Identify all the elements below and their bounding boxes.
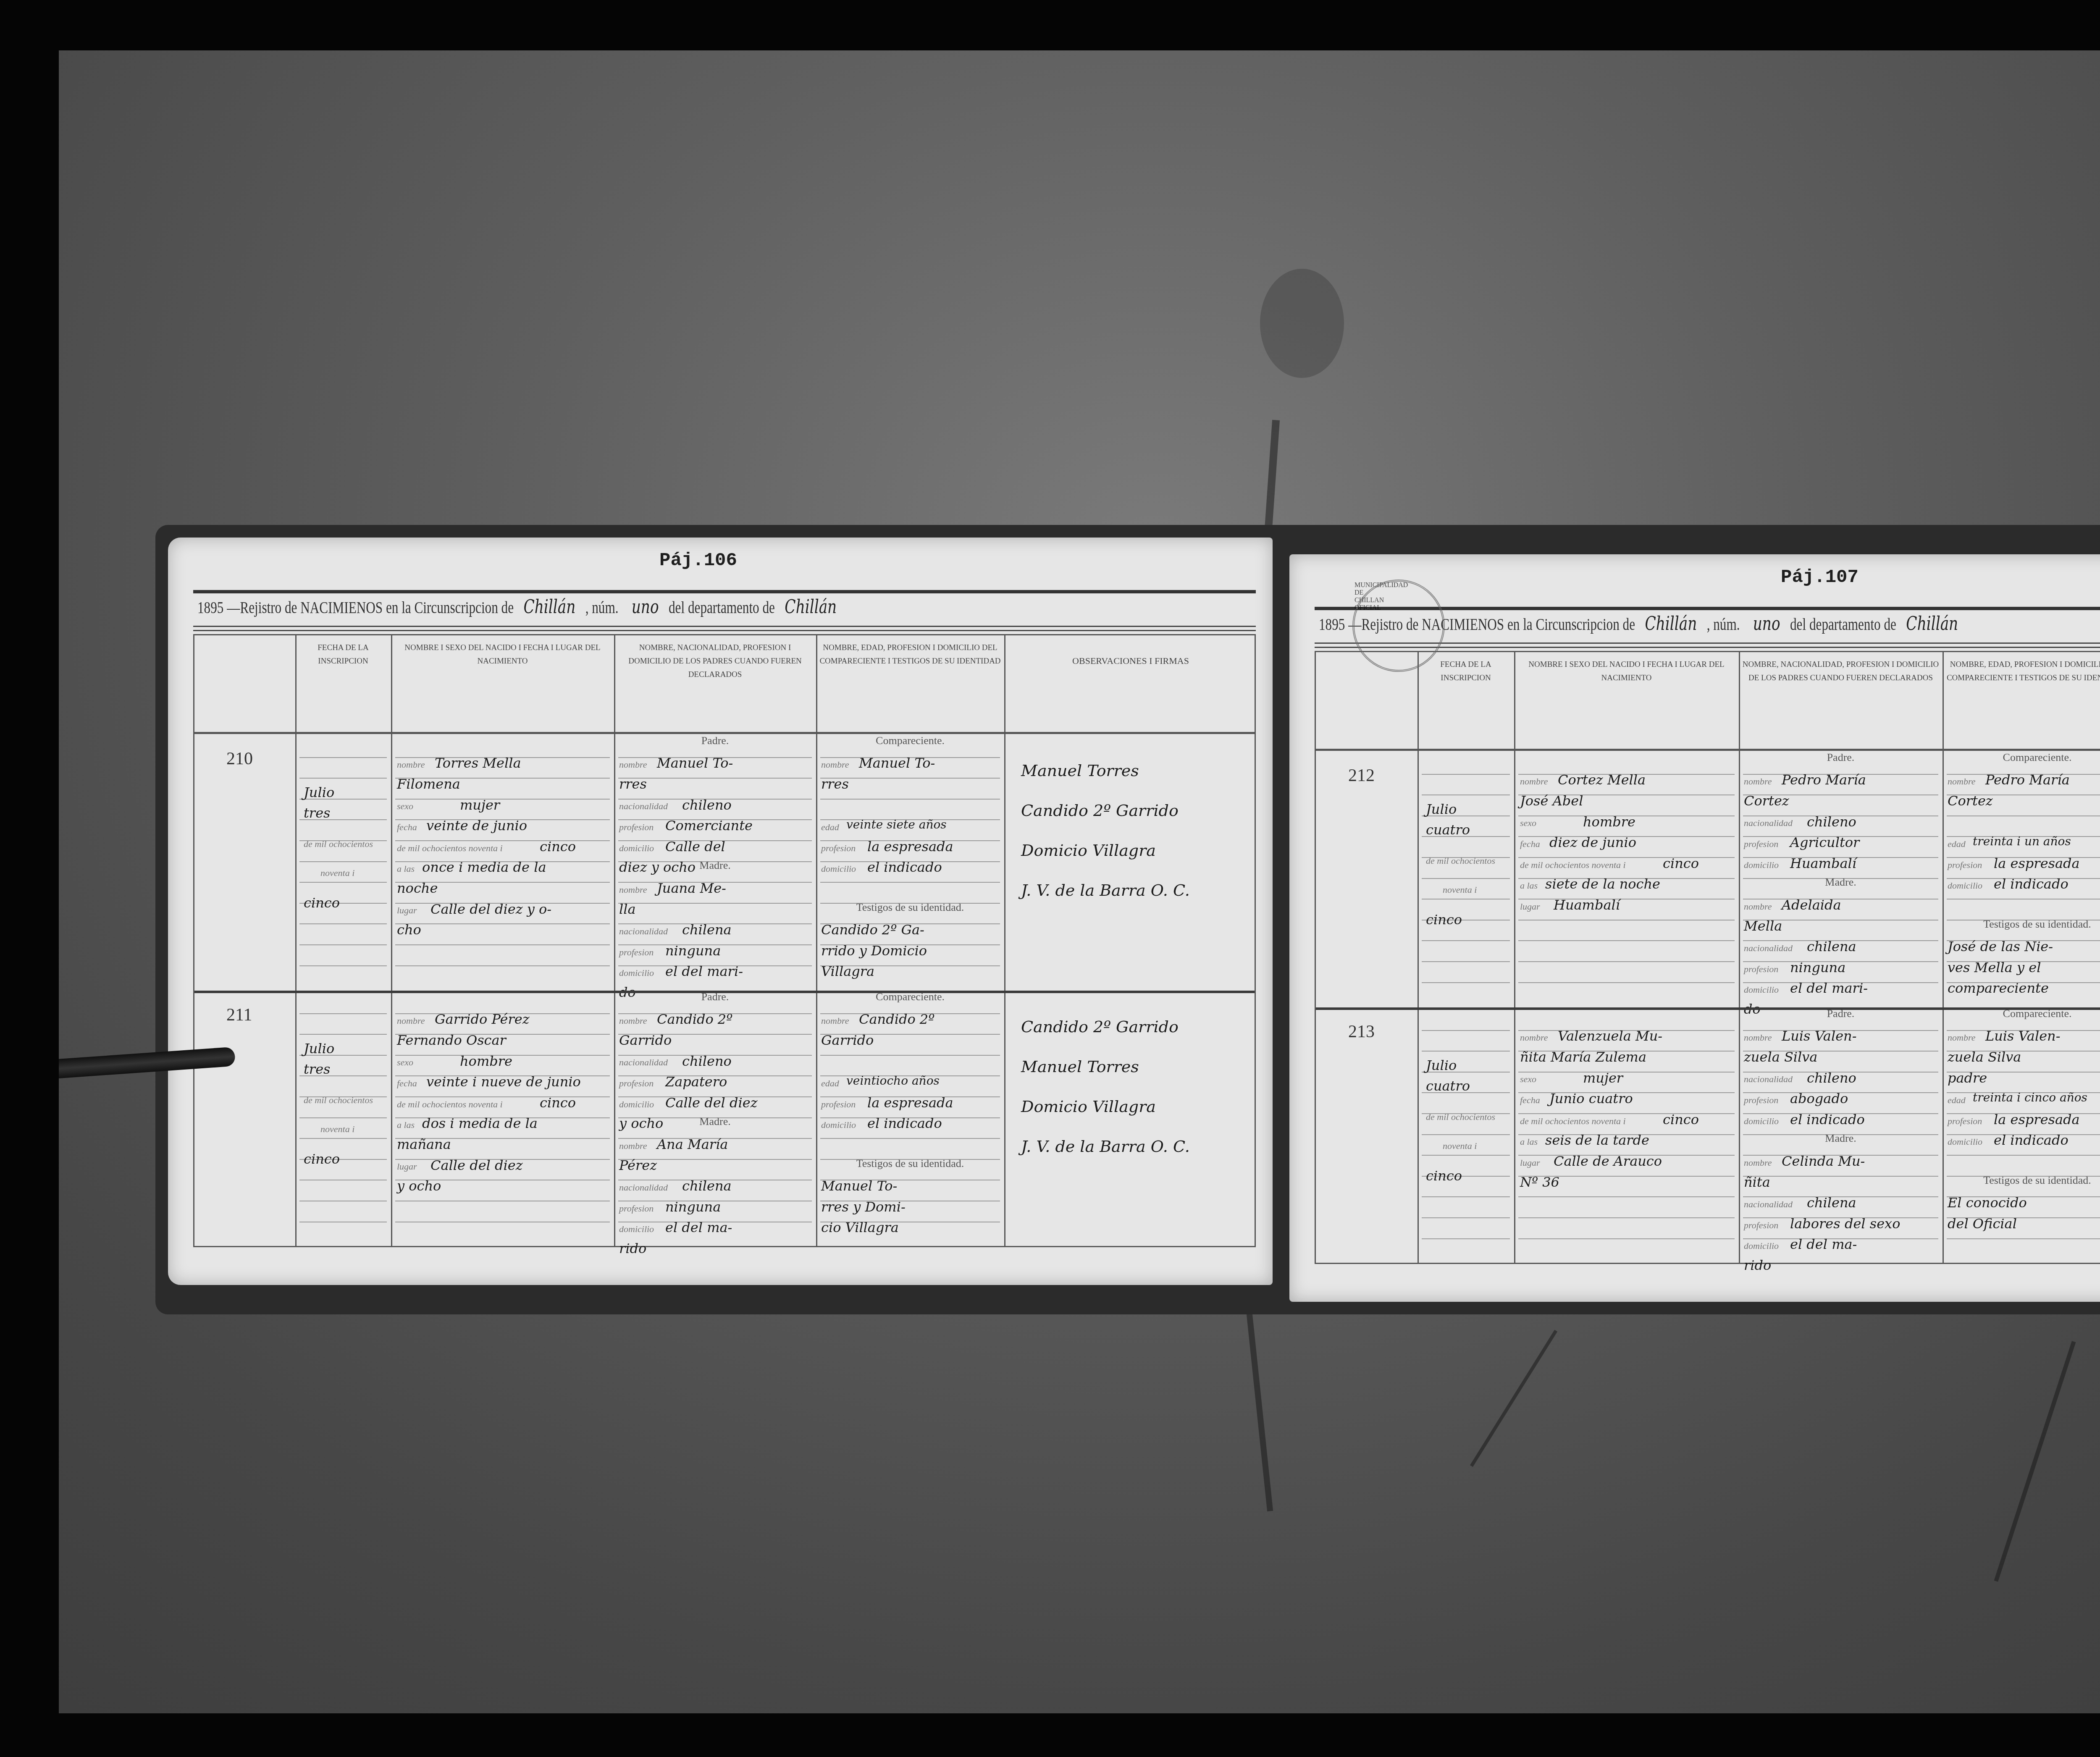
ruled-line: [1422, 899, 1510, 899]
label-domicilio: domicilio: [1948, 1136, 1982, 1147]
label-nombre: nombre: [397, 1015, 425, 1026]
column-header: Fecha de la inscripcion: [1421, 652, 1511, 749]
label-year-line: de mil ochocientos noventa i: [1520, 1116, 1626, 1127]
compareciente-profession: la espresada: [867, 1095, 953, 1111]
inscripcion-day: cuatro: [1426, 822, 1470, 838]
label-nombre: nombre: [1520, 776, 1548, 787]
ruled-line: [395, 840, 610, 841]
label-nacionalidad: nacionalidad: [619, 1057, 668, 1068]
scratch: [1470, 1330, 1557, 1467]
label-domicilio: domicilio: [1744, 1240, 1779, 1251]
ledger-page-left: Páj.106 1895 —Rejistro de NACIMIENOS en …: [168, 538, 1273, 1285]
label-de-mil: de mil ochocientos: [304, 1095, 373, 1106]
ruled-line: [618, 903, 812, 904]
child-name: Cortez Mella: [1558, 772, 1646, 788]
num-value: uno: [1743, 613, 1790, 635]
label-profesion: profesion: [821, 1099, 856, 1110]
compareciente-profession: la espresada: [1994, 855, 2080, 871]
register-table: Fecha de la inscripcionNombre i sexo del…: [193, 634, 1256, 1247]
label-nacionalidad: nacionalidad: [619, 801, 668, 812]
ruled-line: [395, 965, 610, 966]
label-nombre: nombre: [1948, 776, 1975, 787]
ruled-line: [299, 1222, 387, 1222]
father-heading: Padre.: [619, 734, 811, 747]
father-nationality: chileno: [1807, 1070, 1856, 1086]
mother-nationality: chilena: [1807, 1195, 1856, 1211]
label-domicilio: domicilio: [821, 1120, 856, 1130]
mother-nationality: chilena: [682, 1178, 732, 1194]
mother-name: ñita: [1744, 1174, 1770, 1190]
table-row: 210Juliotresde mil ochocientosnoventa ic…: [194, 736, 1255, 992]
label-profesion: profesion: [1948, 860, 1982, 871]
label-lugar: lugar: [397, 905, 417, 916]
birth-year: cinco: [540, 839, 576, 855]
birth-time: seis de la tarde: [1545, 1132, 1649, 1148]
testigos-heading: Testigos de su identidad.: [821, 1157, 999, 1170]
witness-line: del Oficial: [1948, 1216, 2017, 1232]
signature: J. V. de la Barra O. C.: [1021, 1137, 1190, 1156]
label-fecha: fecha: [1520, 839, 1540, 850]
compareciente-age: treinta i cinco años: [1973, 1091, 2087, 1104]
witness-line: Manuel To-: [821, 1178, 897, 1194]
witness-line: rrido y Domicio: [821, 943, 927, 959]
ruled-line: [618, 778, 812, 779]
column-header: Nombre, nacionalidad, profesion i domici…: [617, 635, 813, 732]
compareciente-heading: Compareciente.: [821, 991, 999, 1003]
ruled-line: [1947, 1155, 2100, 1156]
father-name: Pedro María: [1782, 772, 1866, 788]
label-nombre: nombre: [619, 1141, 647, 1151]
signature: Candido 2º Garrido: [1021, 801, 1179, 820]
label-profesion: profesion: [619, 1078, 654, 1089]
birth-year: cinco: [1663, 855, 1699, 871]
mother-heading: Madre.: [619, 1115, 811, 1128]
testigos-heading: Testigos de su identidad.: [821, 901, 999, 914]
label-year-line: de mil ochocientos noventa i: [397, 1099, 503, 1110]
father-name: zuela Silva: [1744, 1049, 1817, 1065]
label-a-las: a las: [1520, 1136, 1538, 1147]
mother-address: rido: [1744, 1257, 1771, 1273]
mother-name: Ana María: [657, 1136, 728, 1152]
birth-time: siete de la noche: [1545, 876, 1660, 892]
compareciente-address: el indicado: [1994, 876, 2068, 892]
ruled-line: [1518, 1113, 1735, 1114]
ruled-line: [1422, 1196, 1510, 1197]
label-nacionalidad: nacionalidad: [1744, 1074, 1793, 1085]
entry-number: 210: [226, 749, 253, 769]
header-divider: [194, 732, 1255, 734]
ruled-line: [1422, 1051, 1510, 1052]
scratch: [1244, 1294, 1273, 1512]
page-number: Páj.106: [659, 550, 737, 571]
ruled-line: [1518, 1217, 1735, 1218]
ruled-line: [299, 944, 387, 945]
mother-profession: ninguna: [665, 943, 721, 959]
stamp-text: MUNICIPALIDAD: [1354, 582, 1443, 589]
label-profesion: profesion: [1744, 964, 1778, 975]
label-domicilio: domicilio: [1744, 860, 1779, 871]
birth-time: dos i media de la: [422, 1115, 538, 1131]
ruled-line: [820, 799, 1000, 800]
witness-line: Candido 2º Ga-: [821, 922, 924, 938]
ruled-line: [1518, 899, 1735, 899]
ruled-line: [820, 1138, 1000, 1139]
compareciente-name: Luis Valen-: [1985, 1028, 2061, 1044]
circunscripcion-value: Chillán: [1635, 613, 1707, 635]
label-domicilio: domicilio: [1744, 1116, 1779, 1127]
stain: [1260, 269, 1344, 378]
label-noventa: noventa i: [320, 868, 354, 878]
inscripcion-month: Julio: [1426, 801, 1457, 817]
father-name: rres: [619, 776, 647, 792]
stamp-text: OFICIAL: [1354, 604, 1443, 612]
compareciente-heading: Compareciente.: [821, 734, 999, 747]
departamento-value: Chillán: [775, 596, 847, 618]
ruled-line: [1422, 795, 1510, 795]
father-name: Candido 2º: [657, 1011, 732, 1027]
column-header: Observaciones i firmas: [1008, 635, 1254, 732]
ruled-line: [1422, 1134, 1510, 1135]
ruled-line: [1518, 982, 1735, 983]
inscripcion-month: Julio: [304, 1041, 334, 1057]
label-lugar: lugar: [1520, 901, 1540, 912]
scratch: [1994, 1341, 2076, 1582]
ruled-line: [1422, 1217, 1510, 1218]
label-fecha: fecha: [397, 822, 417, 833]
compareciente-name: padre: [1948, 1070, 1987, 1086]
header-divider: [1316, 749, 2100, 751]
compareciente-age: veinte siete años: [846, 818, 947, 831]
witness-line: ves Mella y el: [1948, 960, 2041, 976]
father-address: Calle del diez: [665, 1095, 757, 1111]
birth-time: noche: [397, 880, 438, 896]
birth-date: diez de junio: [1549, 834, 1636, 850]
father-nationality: chileno: [1807, 814, 1856, 830]
testigos-heading: Testigos de su identidad.: [1948, 1174, 2100, 1187]
birth-year: cinco: [1663, 1112, 1699, 1128]
mother-nationality: chilena: [1807, 939, 1856, 955]
mother-heading: Madre.: [1744, 876, 1937, 889]
label-nombre: nombre: [1744, 1032, 1772, 1043]
child-name: Torres Mella: [435, 755, 521, 771]
ruled-line: [820, 882, 1000, 883]
label-year-line: de mil ochocientos noventa i: [1520, 860, 1626, 871]
child-sex: hombre: [1583, 814, 1635, 830]
father-address: Huambalí: [1790, 855, 1856, 871]
label-domicilio: domicilio: [619, 1224, 654, 1235]
witness-line: Villagra: [821, 963, 874, 979]
inscripcion-month: Julio: [1426, 1057, 1457, 1073]
circunscripcion-value: Chillán: [514, 596, 585, 618]
mother-profession: ninguna: [1790, 960, 1845, 976]
signature: Manuel Torres: [1021, 761, 1139, 780]
register-title: 1895 —Rejistro de NACIMIENOS en la Circu…: [197, 596, 847, 618]
compareciente-name: Manuel To-: [859, 755, 935, 771]
compareciente-heading: Compareciente.: [1948, 751, 2100, 764]
label-profesion: profesion: [619, 1203, 654, 1214]
ruled-line: [395, 1201, 610, 1201]
label-nombre: nombre: [619, 1015, 647, 1026]
label-nacionalidad: nacionalidad: [619, 1182, 668, 1193]
ruled-line: [299, 1180, 387, 1180]
ruled-line: [1518, 1238, 1735, 1239]
departamento-value: Chillán: [1896, 613, 1968, 635]
column-header: Nombre i sexo del nacido i fecha i lugar…: [1517, 652, 1735, 749]
signature: Domicio Villagra: [1021, 1097, 1156, 1116]
mother-name: Pérez: [619, 1157, 657, 1173]
birth-place: cho: [397, 922, 421, 938]
father-profession: Zapatero: [665, 1074, 727, 1090]
ruled-line: [1422, 774, 1510, 775]
ruled-line: [820, 1055, 1000, 1056]
entry-number: 212: [1348, 766, 1375, 786]
table-row: 212Juliocuatrode mil ochocientosnoventa …: [1316, 753, 2100, 1009]
label-nombre: nombre: [619, 759, 647, 770]
label-sexo: sexo: [397, 801, 413, 812]
ruled-line: [395, 944, 610, 945]
mother-address: el del ma-: [665, 1219, 732, 1235]
label-de-mil: de mil ochocientos: [1426, 855, 1495, 866]
father-name: Manuel To-: [657, 755, 733, 771]
mother-address: rido: [619, 1240, 646, 1256]
page-number: Páj.107: [1781, 567, 1858, 588]
label-profesion: profesion: [619, 947, 654, 958]
label-profesion: profesion: [619, 822, 654, 833]
witness-line: cio Villagra: [821, 1219, 899, 1235]
label-fecha: fecha: [397, 1078, 417, 1089]
mother-heading: Madre.: [619, 859, 811, 872]
witness-line: José de las Nie-: [1948, 939, 2053, 955]
child-name: Filomena: [397, 776, 460, 792]
label-a-las: a las: [1520, 880, 1538, 891]
label-noventa: noventa i: [1443, 1141, 1477, 1151]
father-name: Garrido: [619, 1032, 672, 1048]
label-sexo: sexo: [1520, 818, 1536, 829]
compareciente-heading: Compareciente.: [1948, 1007, 2100, 1020]
ruled-line: [1422, 961, 1510, 962]
birth-place: Calle de Arauco: [1554, 1153, 1662, 1169]
ruled-line: [1947, 899, 2100, 899]
column-header: Nombre i sexo del nacido i fecha i lugar…: [394, 635, 611, 732]
ledger-page-right: Páj.107 1895 —Rejistro de NACIMIENOS en …: [1289, 554, 2100, 1302]
label-year-line: de mil ochocientos noventa i: [397, 843, 503, 854]
ruled-line: [1518, 1196, 1735, 1197]
ruled-line: [1518, 940, 1735, 941]
table-row: 211Juliotresde mil ochocientosnoventa ic…: [194, 992, 1255, 1248]
label-nombre: nombre: [821, 759, 849, 770]
ruled-line: [299, 757, 387, 758]
scratch: [1265, 420, 1280, 530]
column-header: Fecha de la inscripcion: [299, 635, 388, 732]
label-domicilio: domicilio: [619, 1099, 654, 1110]
label-noventa: noventa i: [320, 1124, 354, 1135]
signature: Candido 2º Garrido: [1021, 1017, 1179, 1036]
label-domicilio: domicilio: [821, 863, 856, 874]
label-domicilio: domicilio: [619, 843, 654, 854]
label-a-las: a las: [397, 863, 415, 874]
father-heading: Padre.: [1744, 751, 1937, 764]
label-nombre: nombre: [619, 884, 647, 895]
mother-name: Celinda Mu-: [1782, 1153, 1865, 1169]
ruled-line: [395, 799, 610, 800]
mother-name: Adelaida: [1782, 897, 1841, 913]
ruled-line: [395, 923, 610, 924]
ruled-line: [1422, 940, 1510, 941]
compareciente-address: el indicado: [1994, 1132, 2068, 1148]
inscripcion-day: cuatro: [1426, 1078, 1470, 1094]
label-noventa: noventa i: [1443, 884, 1477, 895]
ruled-line: [299, 861, 387, 862]
birth-date: veinte de junio: [426, 818, 527, 834]
inscripcion-year: cinco: [304, 1151, 340, 1167]
birth-date: veinte i nueve de junio: [426, 1074, 581, 1090]
label-nombre: nombre: [1744, 901, 1772, 912]
label-nombre: nombre: [1744, 776, 1772, 787]
signature: Domicio Villagra: [1021, 841, 1156, 860]
compareciente-name: Pedro María: [1985, 772, 2070, 788]
compareciente-address: el indicado: [867, 859, 942, 875]
witness-line: compareciente: [1948, 980, 2049, 996]
label-nombre: nombre: [821, 1015, 849, 1026]
label-lugar: lugar: [397, 1161, 417, 1172]
compareciente-name: Cortez: [1948, 793, 1993, 809]
ruled-line: [299, 1138, 387, 1139]
mother-name: Mella: [1744, 918, 1782, 934]
table-row: 213Juliocuatrode mil ochocientosnoventa …: [1316, 1009, 2100, 1265]
mother-address: el del mari-: [665, 963, 743, 979]
label-profesion: profesion: [1948, 1116, 1982, 1127]
municipal-stamp: MUNICIPALIDADDECHILLANOFICIAL: [1352, 580, 1445, 672]
child-sex: mujer: [460, 797, 500, 813]
child-name: Valenzuela Mu-: [1558, 1028, 1662, 1044]
ruled-line: [299, 1034, 387, 1035]
ruled-line: [1518, 961, 1735, 962]
mother-address: el del ma-: [1790, 1236, 1857, 1252]
label-nacionalidad: nacionalidad: [1744, 943, 1793, 954]
inscripcion-day: tres: [304, 805, 331, 821]
label-nombre: nombre: [1948, 1032, 1975, 1043]
label-profesion: profesion: [1744, 839, 1778, 850]
father-name: Luis Valen-: [1782, 1028, 1857, 1044]
compareciente-name: zuela Silva: [1948, 1049, 2021, 1065]
label-fecha: fecha: [1520, 1095, 1540, 1106]
ruled-line: [1743, 1176, 1938, 1177]
signature: J. V. de la Barra O. C.: [1021, 881, 1190, 899]
header-rule: [193, 626, 1256, 627]
witness-line: El conocido: [1948, 1195, 2027, 1211]
ruled-line: [1422, 1155, 1510, 1156]
label-profesion: profesion: [821, 843, 856, 854]
label-nacionalidad: nacionalidad: [1744, 818, 1793, 829]
num-value: uno: [622, 596, 669, 618]
mother-name: lla: [619, 901, 636, 917]
witness-line: rres y Domi-: [821, 1199, 906, 1215]
label-edad: edad: [1948, 839, 1966, 850]
ruled-line: [1518, 1072, 1735, 1073]
label-profesion: profesion: [1744, 1095, 1778, 1106]
father-heading: Padre.: [619, 991, 811, 1003]
father-profession: Agricultor: [1790, 834, 1859, 850]
ruled-line: [1518, 920, 1735, 920]
label-nombre: nombre: [1520, 1032, 1548, 1043]
label-domicilio: domicilio: [619, 968, 654, 978]
father-address: Calle del: [665, 839, 725, 855]
label-de-mil: de mil ochocientos: [1426, 1112, 1495, 1122]
compareciente-age: treinta i un años: [1973, 834, 2071, 848]
father-nationality: chileno: [682, 797, 732, 813]
label-domicilio: domicilio: [1948, 880, 1982, 891]
compareciente-name: rres: [821, 776, 849, 792]
ruled-line: [395, 1096, 610, 1097]
inscripcion-day: tres: [304, 1061, 331, 1077]
testigos-heading: Testigos de su identidad.: [1948, 918, 2100, 931]
label-edad: edad: [821, 822, 839, 833]
ruled-line: [1422, 982, 1510, 983]
label-nombre: nombre: [397, 759, 425, 770]
ruled-line: [395, 1222, 610, 1222]
child-name: ñita María Zulema: [1520, 1049, 1646, 1065]
column-header: Nombre, edad, profesion i domicilio del …: [1946, 652, 2100, 749]
label-a-las: a las: [397, 1120, 415, 1130]
label-sexo: sexo: [397, 1057, 413, 1068]
child-name: José Abel: [1520, 793, 1583, 809]
mother-address: el del mari-: [1790, 980, 1868, 996]
ruled-line: [299, 1013, 387, 1014]
header-rule: [193, 630, 1256, 631]
birth-place: Nº 36: [1520, 1174, 1559, 1190]
child-name: Fernando Oscar: [397, 1032, 506, 1048]
column-header: Nombre, edad, profesion i domicilio del …: [819, 635, 1001, 732]
label-edad: edad: [821, 1078, 839, 1089]
inscripcion-year: cinco: [304, 895, 340, 911]
compareciente-address: el indicado: [867, 1115, 942, 1131]
signature: Manuel Torres: [1021, 1057, 1139, 1076]
ruled-line: [299, 1117, 387, 1118]
compareciente-profession: la espresada: [1994, 1112, 2080, 1128]
label-de-mil: de mil ochocientos: [304, 839, 373, 850]
ruled-line: [299, 923, 387, 924]
ruled-line: [299, 778, 387, 779]
compareciente-age: veintiocho años: [846, 1074, 940, 1088]
label-sexo: sexo: [1520, 1074, 1536, 1085]
ruled-line: [299, 965, 387, 966]
ruled-line: [1422, 1238, 1510, 1239]
compareciente-profession: la espresada: [867, 839, 953, 855]
entry-number: 213: [1348, 1022, 1375, 1042]
inscripcion-year: cinco: [1426, 912, 1462, 928]
compareciente-name: Candido 2º: [859, 1011, 934, 1027]
mother-profession: labores del sexo: [1790, 1216, 1900, 1232]
entry-number: 211: [226, 1005, 252, 1025]
ruled-line: [1947, 816, 2100, 816]
father-heading: Padre.: [1744, 1007, 1937, 1020]
label-edad: edad: [1948, 1095, 1966, 1106]
birth-place: Calle del diez y o-: [430, 901, 551, 917]
ruled-line: [1422, 878, 1510, 879]
father-profession: abogado: [1790, 1091, 1848, 1107]
child-sex: mujer: [1583, 1070, 1623, 1086]
birth-place: y ocho: [397, 1178, 441, 1194]
birth-time: mañana: [397, 1136, 451, 1152]
inscripcion-year: cinco: [1426, 1168, 1462, 1184]
father-address: el indicado: [1790, 1112, 1865, 1128]
father-name: Cortez: [1744, 793, 1789, 809]
child-sex: hombre: [460, 1053, 512, 1069]
label-profesion: profesion: [1744, 1220, 1778, 1231]
stamp-text: DE: [1354, 589, 1443, 597]
mother-heading: Madre.: [1744, 1132, 1937, 1145]
ruled-line: [299, 1201, 387, 1201]
